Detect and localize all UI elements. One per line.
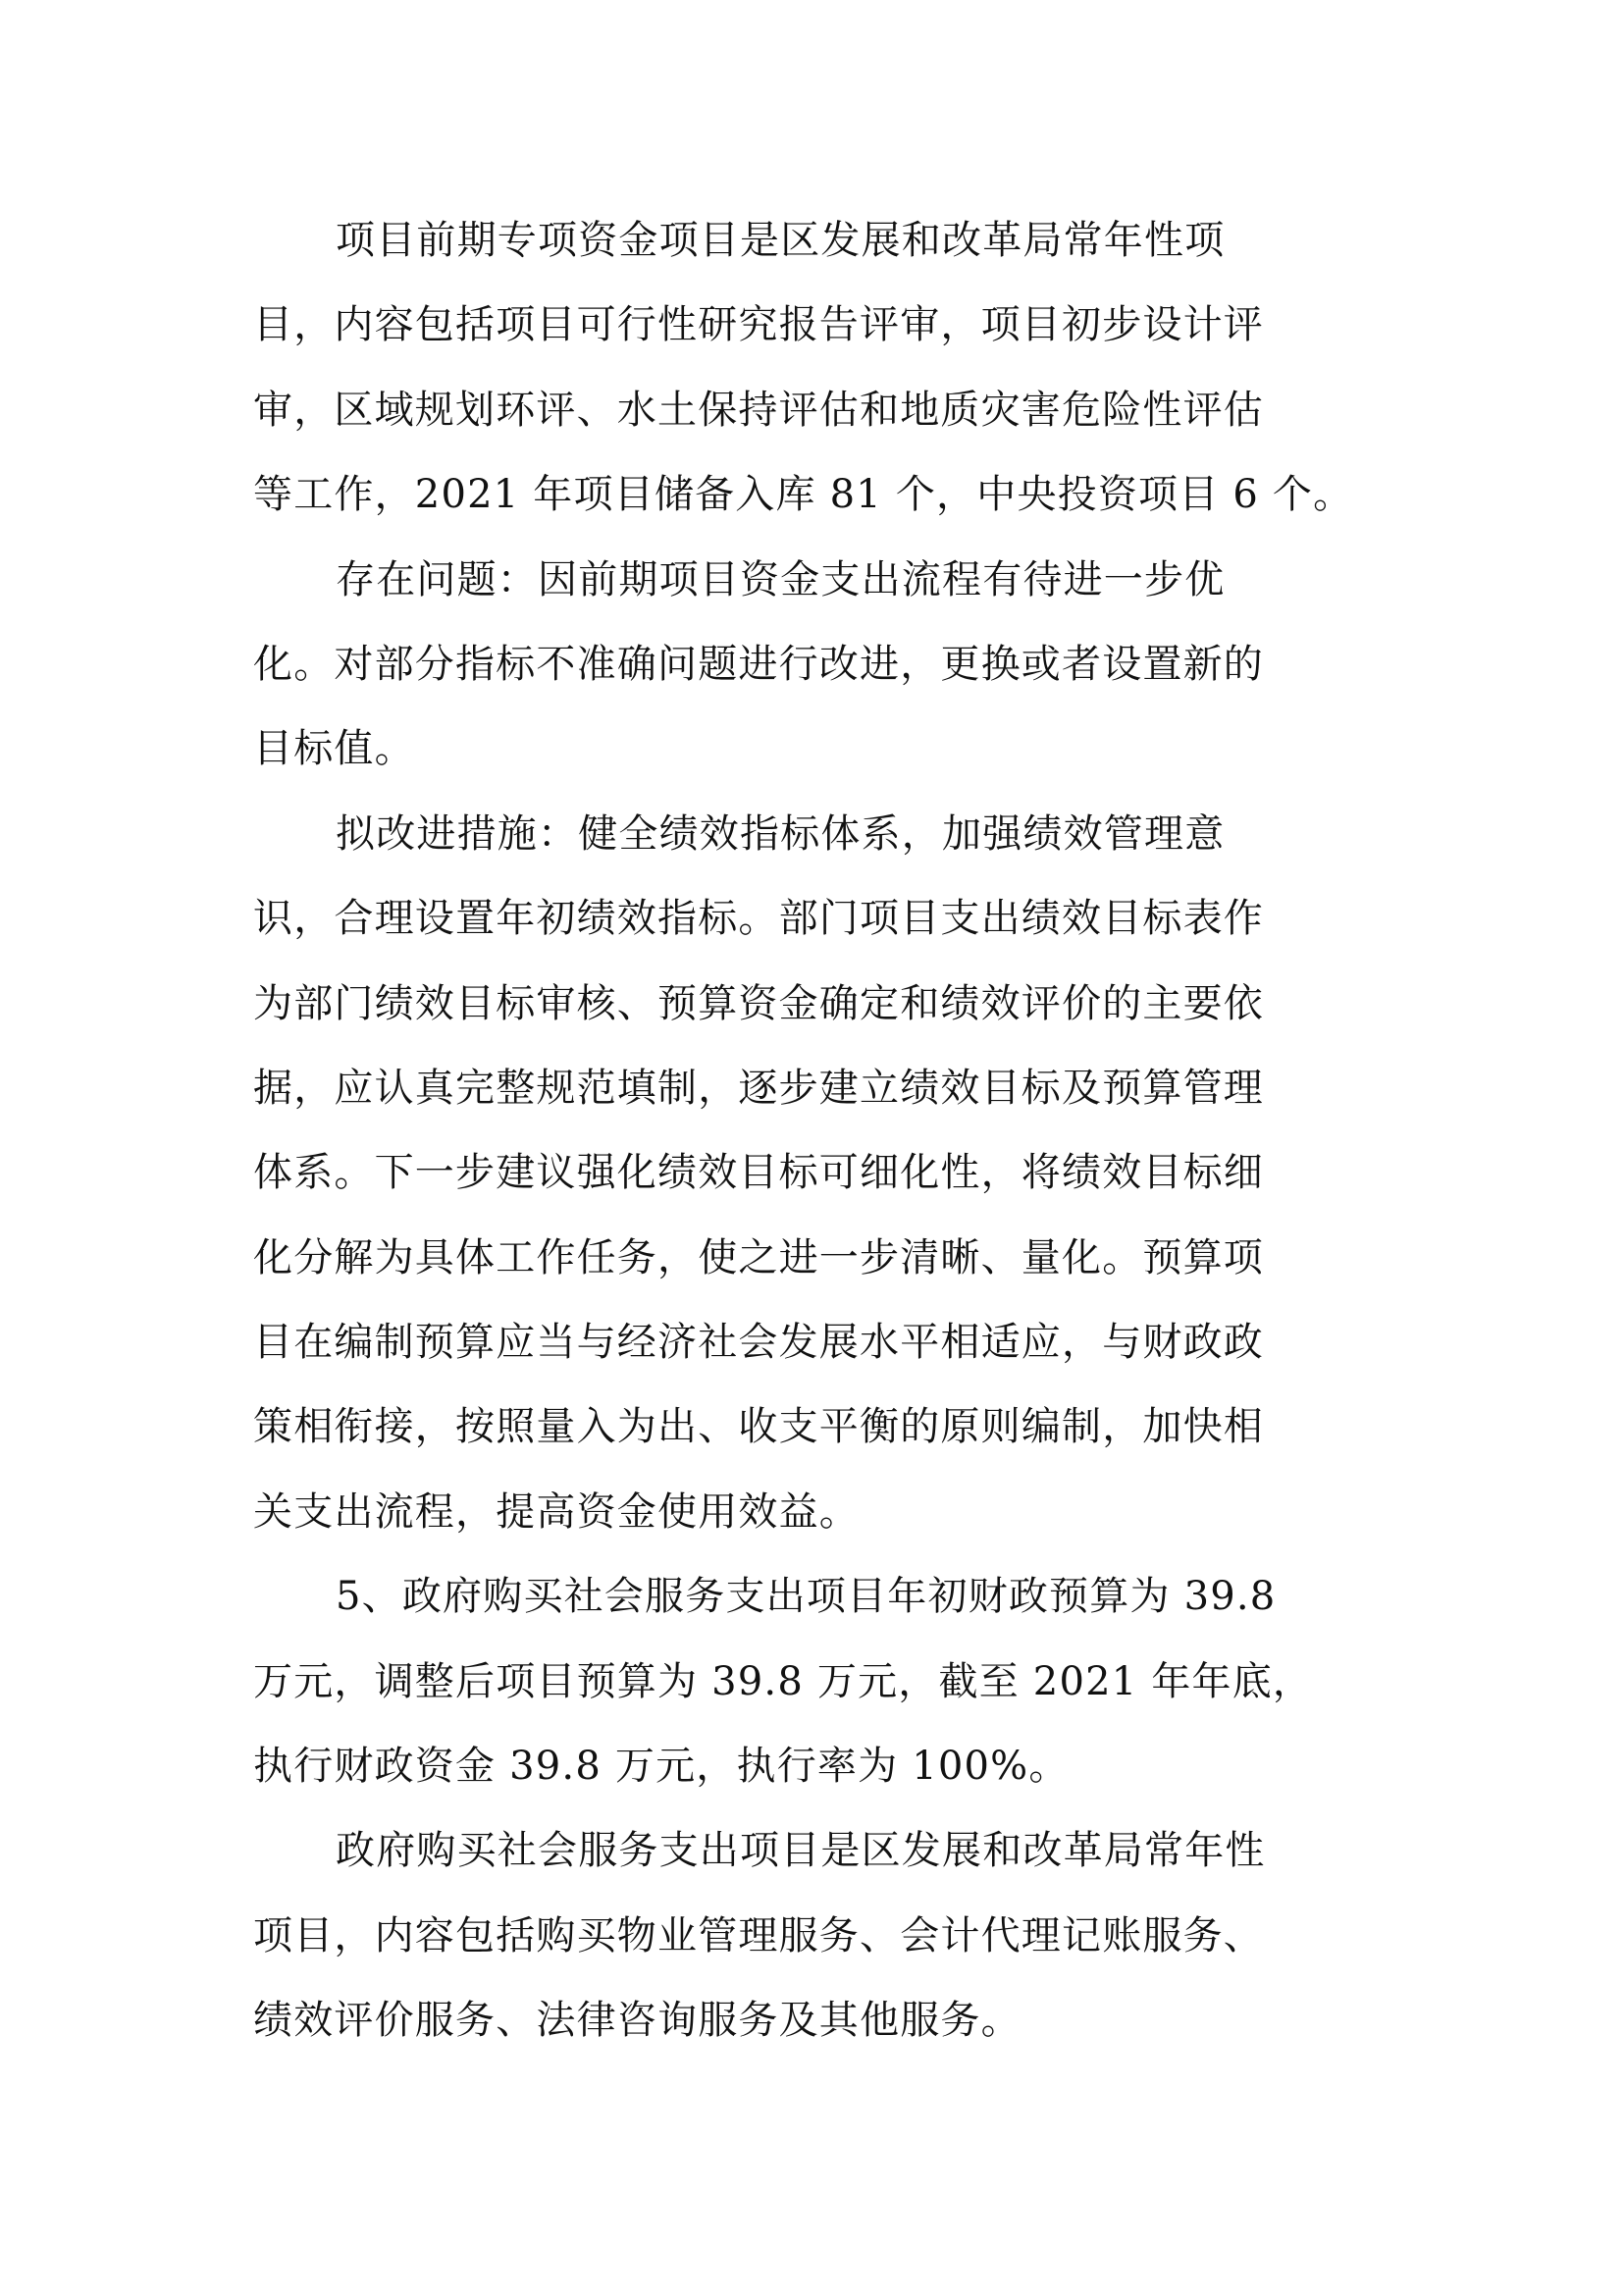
text-line: 策相衔接，按照量入为出、收支平衡的原则编制，加快相 [253,1384,1342,1469]
text-line: 5、政府购买社会服务支出项目年初财政预算为 39.8 [253,1554,1342,1639]
paragraph-project-preliminary-funds: 项目前期专项资金项目是区发展和改革局常年性项 目，内容包括项目可行性研究报告评审… [253,198,1342,538]
text-line: 政府购买社会服务支出项目是区发展和改革局常年性 [253,1808,1342,1893]
paragraph-government-procurement-description: 政府购买社会服务支出项目是区发展和改革局常年性 项目，内容包括购买物业管理服务、… [253,1808,1342,2062]
text-line: 项目前期专项资金项目是区发展和改革局常年性项 [253,198,1342,283]
paragraph-improvement-measures: 拟改进措施：健全绩效指标体系，加强绩效管理意 识，合理设置年初绩效指标。部门项目… [253,792,1342,1555]
text-line: 目，内容包括项目可行性研究报告评审，项目初步设计评 [253,283,1342,367]
text-line: 化分解为具体工作任务，使之进一步清晰、量化。预算项 [253,1216,1342,1300]
text-line: 体系。下一步建议强化绩效目标可细化性，将绩效目标细 [253,1130,1342,1215]
text-line: 拟改进措施：健全绩效指标体系，加强绩效管理意 [253,792,1342,876]
text-line: 项目，内容包括购买物业管理服务、会计代理记账服务、 [253,1894,1342,1978]
text-line: 关支出流程，提高资金使用效益。 [253,1470,1342,1554]
text-line: 目标值。 [253,706,1342,791]
text-line: 万元，调整后项目预算为 39.8 万元，截至 2021 年年底， [253,1640,1342,1724]
document-body: 项目前期专项资金项目是区发展和改革局常年性项 目，内容包括项目可行性研究报告评审… [253,198,1342,2063]
text-line: 为部门绩效目标审核、预算资金确定和绩效评价的主要依 [253,962,1342,1046]
text-line: 等工作，2021 年项目储备入库 81 个，中央投资项目 6 个。 [253,452,1342,537]
text-line: 审，区域规划环评、水土保持评估和地质灾害危险性评估 [253,368,1342,452]
paragraph-item-5-budget: 5、政府购买社会服务支出项目年初财政预算为 39.8 万元，调整后项目预算为 3… [253,1554,1342,1808]
text-line: 执行财政资金 39.8 万元，执行率为 100%。 [253,1724,1342,1808]
text-line: 据，应认真完整规范填制，逐步建立绩效目标及预算管理 [253,1046,1342,1130]
text-line: 绩效评价服务、法律咨询服务及其他服务。 [253,1978,1342,2062]
text-line: 目在编制预算应当与经济社会发展水平相适应，与财政政 [253,1300,1342,1384]
text-line: 化。对部分指标不准确问题进行改进，更换或者设置新的 [253,622,1342,706]
paragraph-existing-problems: 存在问题：因前期项目资金支出流程有待进一步优 化。对部分指标不准确问题进行改进，… [253,538,1342,792]
text-line: 存在问题：因前期项目资金支出流程有待进一步优 [253,538,1342,622]
document-page: 项目前期专项资金项目是区发展和改革局常年性项 目，内容包括项目可行性研究报告评审… [0,0,1624,2296]
text-line: 识，合理设置年初绩效指标。部门项目支出绩效目标表作 [253,876,1342,961]
